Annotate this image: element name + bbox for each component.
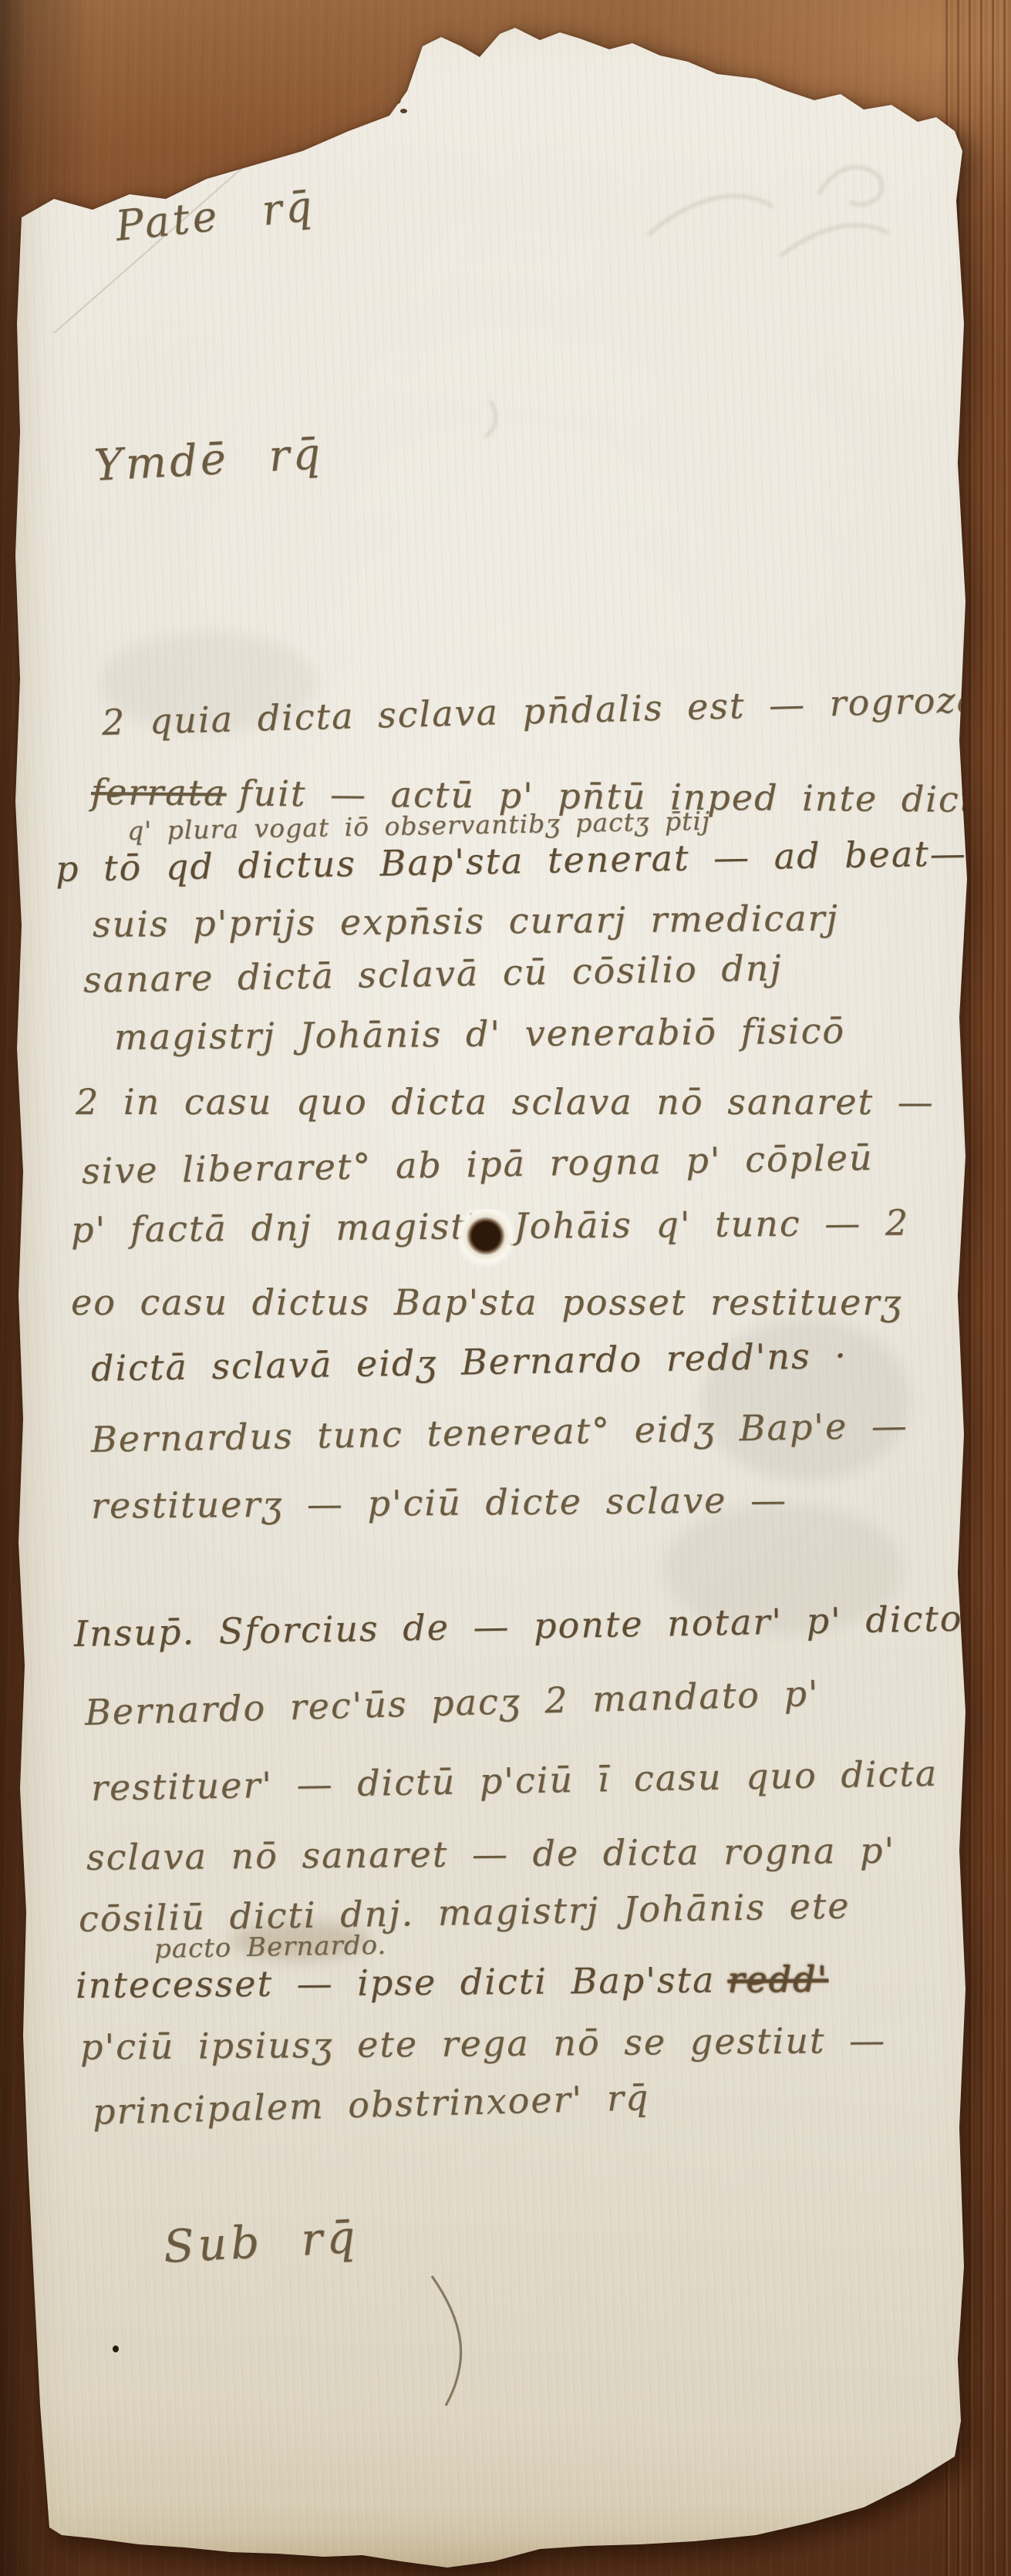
- interlinear-insertion: pacto Bernardo.: [154, 1930, 387, 1965]
- manuscript-line: intecesset — ipse dicti Bap'staredd': [76, 1958, 829, 2006]
- black-speck: [113, 2345, 119, 2352]
- docket-line-second: Ymdē rq̄: [93, 429, 324, 490]
- manuscript-photo: Pate rq̄ Ymdē rq̄ 2 quia dicta sclava pn…: [0, 0, 1011, 2576]
- closing-docket: Sub rq̄: [162, 2211, 360, 2273]
- ink-spot: [366, 99, 376, 105]
- ink-spot: [393, 94, 401, 104]
- line-text: intecesset — ipse dicti Bap'sta: [76, 1959, 716, 2006]
- manuscript-line: sclava nō sanaret — de dicta rogna p': [86, 1830, 896, 1878]
- struck-word: redd': [727, 1958, 828, 2000]
- manuscript-line: p'ciū ipsiusʒ ete rega nō se gestiut —: [80, 2019, 886, 2068]
- struck-word: ferrata: [91, 771, 227, 814]
- ink-spot: [335, 87, 342, 97]
- manuscript-line: restituer' — dictū p'ciū ī casu quo dict…: [91, 1753, 939, 1809]
- ink-spot: [371, 86, 376, 90]
- worm-hole: [458, 1209, 514, 1269]
- manuscript-line: Insup̄. Sforcius de — ponte notar' p' di…: [74, 1598, 963, 1655]
- manuscript-line: 2 in casu quo dicta sclava nō sanaret —: [76, 1081, 935, 1123]
- paper-shadow-wrap: Pate rq̄ Ymdē rq̄ 2 quia dicta sclava pn…: [0, 0, 1011, 2576]
- manuscript-line: sive liberaret° ab ipā rogna p' cōpleū: [82, 1136, 874, 1192]
- manuscript-line: sanare dictā sclavā cū cōsilio dnj: [83, 947, 784, 1001]
- ink-spot: [332, 106, 340, 112]
- ink-spot: [396, 76, 401, 86]
- manuscript-line: Bernardo rec'ūs pacʒ 2 mandato p': [84, 1672, 820, 1733]
- docket-line-top: Pate rq̄: [113, 181, 317, 251]
- manuscript-line: cōsiliū dicti dnj. magistrj Johānis ete: [79, 1885, 851, 1940]
- manuscript-line: eo casu dictus Bap'sta posset restituerʒ: [71, 1281, 902, 1323]
- manuscript-line: magistrj Johānis d' venerabiō fisicō: [114, 1010, 846, 1058]
- paper-sheet: Pate rq̄ Ymdē rq̄ 2 quia dicta sclava pn…: [0, 0, 1011, 2576]
- manuscript-line: restituerʒ — p'ciū dicte sclave —: [91, 1479, 787, 1527]
- ink-spot: [400, 109, 407, 113]
- manuscript-line: principalem obstrinxoer' rq̄: [92, 2076, 650, 2133]
- manuscript-line: suis p'prijs expn̄sis curarj rmedicarj: [93, 897, 839, 945]
- closing-flourish: [432, 2276, 461, 2406]
